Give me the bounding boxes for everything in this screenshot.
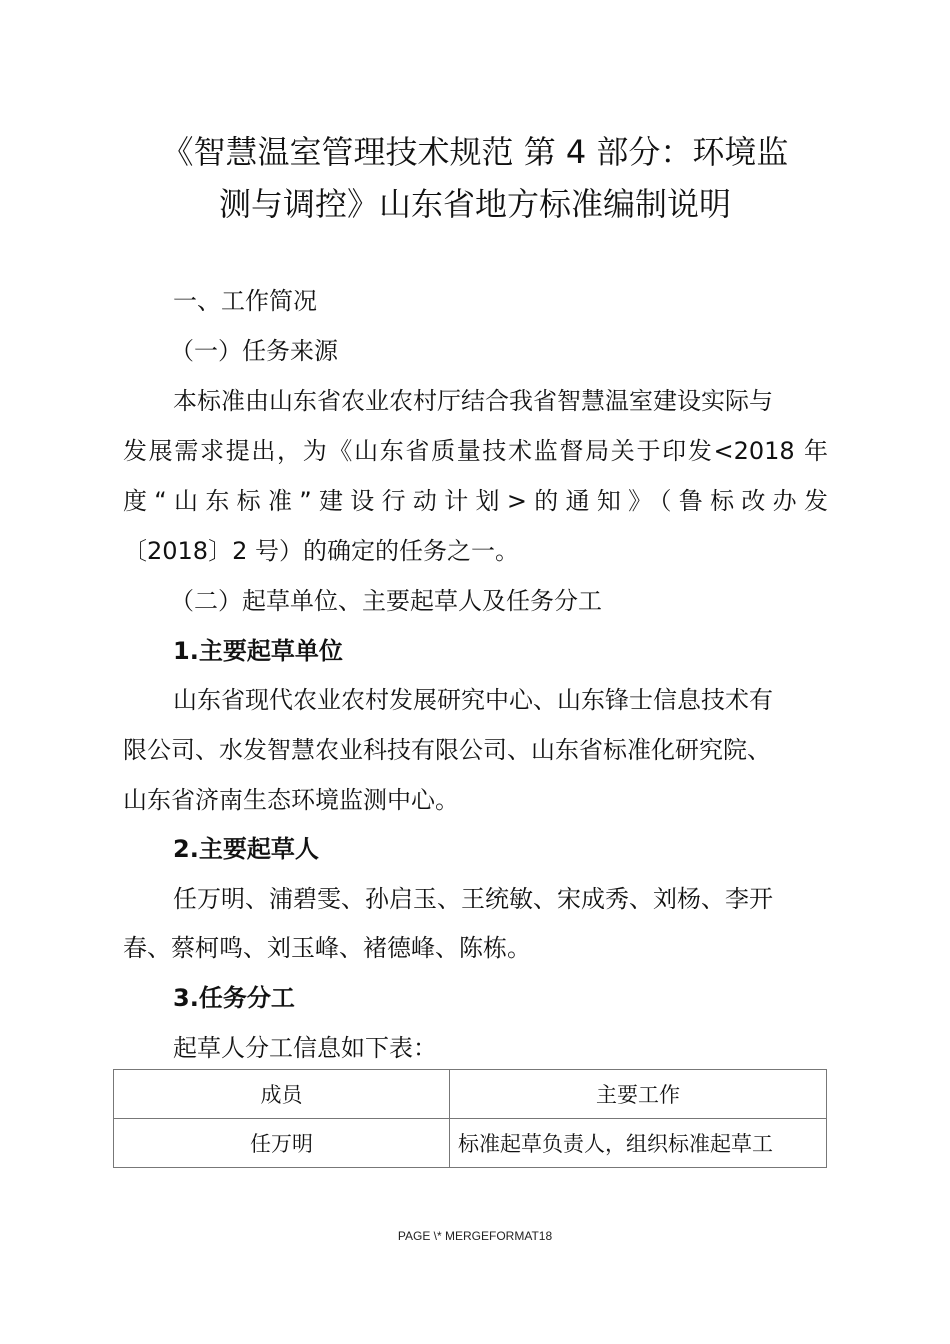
table-row: 任万明 标准起草负责人，组织标准起草工 bbox=[114, 1119, 827, 1168]
paragraph-task-source-line-3: 度“山东标准”建设行动计划>的通知》（鲁标改办发 bbox=[123, 486, 828, 516]
title-line-1: 《智慧温室管理技术规范 第 4 部分：环境监 bbox=[120, 126, 830, 178]
cell-main-work: 标准起草负责人，组织标准起草工 bbox=[450, 1119, 827, 1168]
subsection-drafters: （二）起草单位、主要起草人及任务分工 bbox=[170, 586, 880, 616]
header-main-work: 主要工作 bbox=[450, 1070, 827, 1119]
table-intro: 起草人分工信息如下表： bbox=[173, 1033, 883, 1063]
paragraph-drafters-line-1: 任万明、浦碧雯、孙启玉、王统敏、宋成秀、刘杨、李开 bbox=[173, 884, 883, 914]
document-title: 《智慧温室管理技术规范 第 4 部分：环境监 测与调控》山东省地方标准编制说明 bbox=[120, 126, 830, 230]
table-header-row: 成员 主要工作 bbox=[114, 1070, 827, 1119]
paragraph-task-source-line-4: 〔2018〕2 号）的确定的任务之一。 bbox=[123, 536, 833, 566]
section-heading-work-overview: 一、工作简况 bbox=[173, 286, 883, 316]
cell-member: 任万明 bbox=[114, 1119, 450, 1168]
title-line-2: 测与调控》山东省地方标准编制说明 bbox=[120, 178, 830, 230]
paragraph-drafters-line-2: 春、蔡柯鸣、刘玉峰、褚德峰、陈栋。 bbox=[123, 933, 833, 963]
heading-main-drafters: 2.主要起草人 bbox=[173, 834, 883, 864]
header-member: 成员 bbox=[114, 1070, 450, 1119]
paragraph-task-source-line-1: 本标准由山东省农业农村厅结合我省智慧温室建设实际与 bbox=[173, 386, 883, 416]
drafter-task-table: 成员 主要工作 任万明 标准起草负责人，组织标准起草工 bbox=[113, 1069, 827, 1168]
paragraph-units-line-2: 限公司、水发智慧农业科技有限公司、山东省标准化研究院、 bbox=[123, 735, 833, 765]
paragraph-units-line-3: 山东省济南生态环境监测中心。 bbox=[123, 785, 833, 815]
paragraph-units-line-1: 山东省现代农业农村发展研究中心、山东锋士信息技术有 bbox=[173, 685, 883, 715]
subsection-task-source: （一）任务来源 bbox=[170, 336, 880, 366]
page-footer-field: PAGE \* MERGEFORMAT18 bbox=[0, 1229, 950, 1243]
heading-drafting-units: 1.主要起草单位 bbox=[173, 636, 883, 666]
heading-task-division: 3.任务分工 bbox=[173, 983, 883, 1013]
paragraph-task-source-line-2: 发展需求提出，为《山东省质量技术监督局关于印发<2018 年 bbox=[123, 436, 828, 466]
